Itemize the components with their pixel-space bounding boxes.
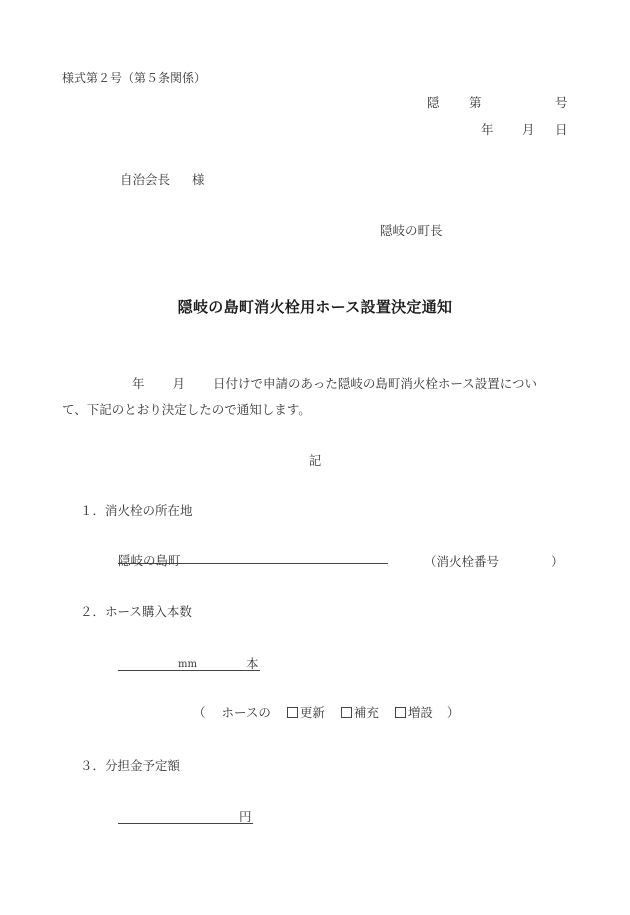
ref-dai: 第: [469, 97, 482, 110]
hydrant-number-close: ）: [551, 554, 564, 569]
contribution-amount-field[interactable]: 円: [118, 808, 253, 824]
ki-heading: 記: [0, 455, 630, 468]
item-2-label: ２．ホース購入本数: [80, 606, 192, 619]
hose-purpose-options: （ホースの 更新 補充 増設）: [193, 707, 459, 720]
checkbox-icon[interactable]: [341, 707, 352, 718]
date-month: 月: [522, 124, 535, 137]
hydrant-number: （消火栓番号）: [424, 556, 564, 569]
body-line1-text: 日付けで申請のあった隠岐の島町消火栓ホース設置につい: [213, 376, 537, 391]
document-title: 隠岐の島町消火栓用ホース設置決定通知: [0, 300, 630, 315]
date-day: 日: [555, 124, 568, 137]
form-number: 様式第２号（第５条関係）: [62, 72, 206, 84]
addressee-honorific: 様: [192, 172, 205, 187]
item-3-label: ３．分担金予定額: [80, 760, 180, 773]
options-open: （: [193, 705, 206, 720]
unit-count: 本: [246, 658, 259, 671]
location-prefix: 隠岐の島町: [118, 555, 181, 568]
addressee: 自治会長様: [120, 174, 205, 187]
options-label: ホースの: [222, 705, 271, 720]
location-field[interactable]: 隠岐の島町: [118, 548, 388, 564]
checkbox-icon[interactable]: [395, 707, 406, 718]
unit-yen: 円: [239, 811, 252, 824]
sender: 隠岐の町長: [380, 225, 443, 238]
option-add[interactable]: 増設: [395, 705, 433, 720]
item-1-label: １．消火栓の所在地: [80, 505, 193, 518]
body-line-2: て、下記のとおり決定したので通知します。: [62, 404, 311, 417]
body-year: 年: [132, 376, 145, 391]
option-renew[interactable]: 更新: [287, 705, 325, 720]
ref-prefix: 隠: [427, 97, 440, 110]
date-year: 年: [481, 124, 494, 137]
body-month: 月: [173, 376, 186, 391]
checkbox-icon[interactable]: [287, 707, 298, 718]
hose-count-field[interactable]: mm 本: [118, 655, 260, 671]
unit-mm: mm: [178, 660, 197, 670]
hydrant-number-open: （消火栓番号: [424, 554, 499, 569]
options-close: ）: [447, 705, 460, 720]
ref-go: 号: [555, 97, 568, 110]
option-replenish[interactable]: 補充: [341, 705, 379, 720]
body-line-1: 年月日付けで申請のあった隠岐の島町消火栓ホース設置につい: [62, 378, 537, 391]
addressee-name: 自治会長: [120, 172, 170, 187]
